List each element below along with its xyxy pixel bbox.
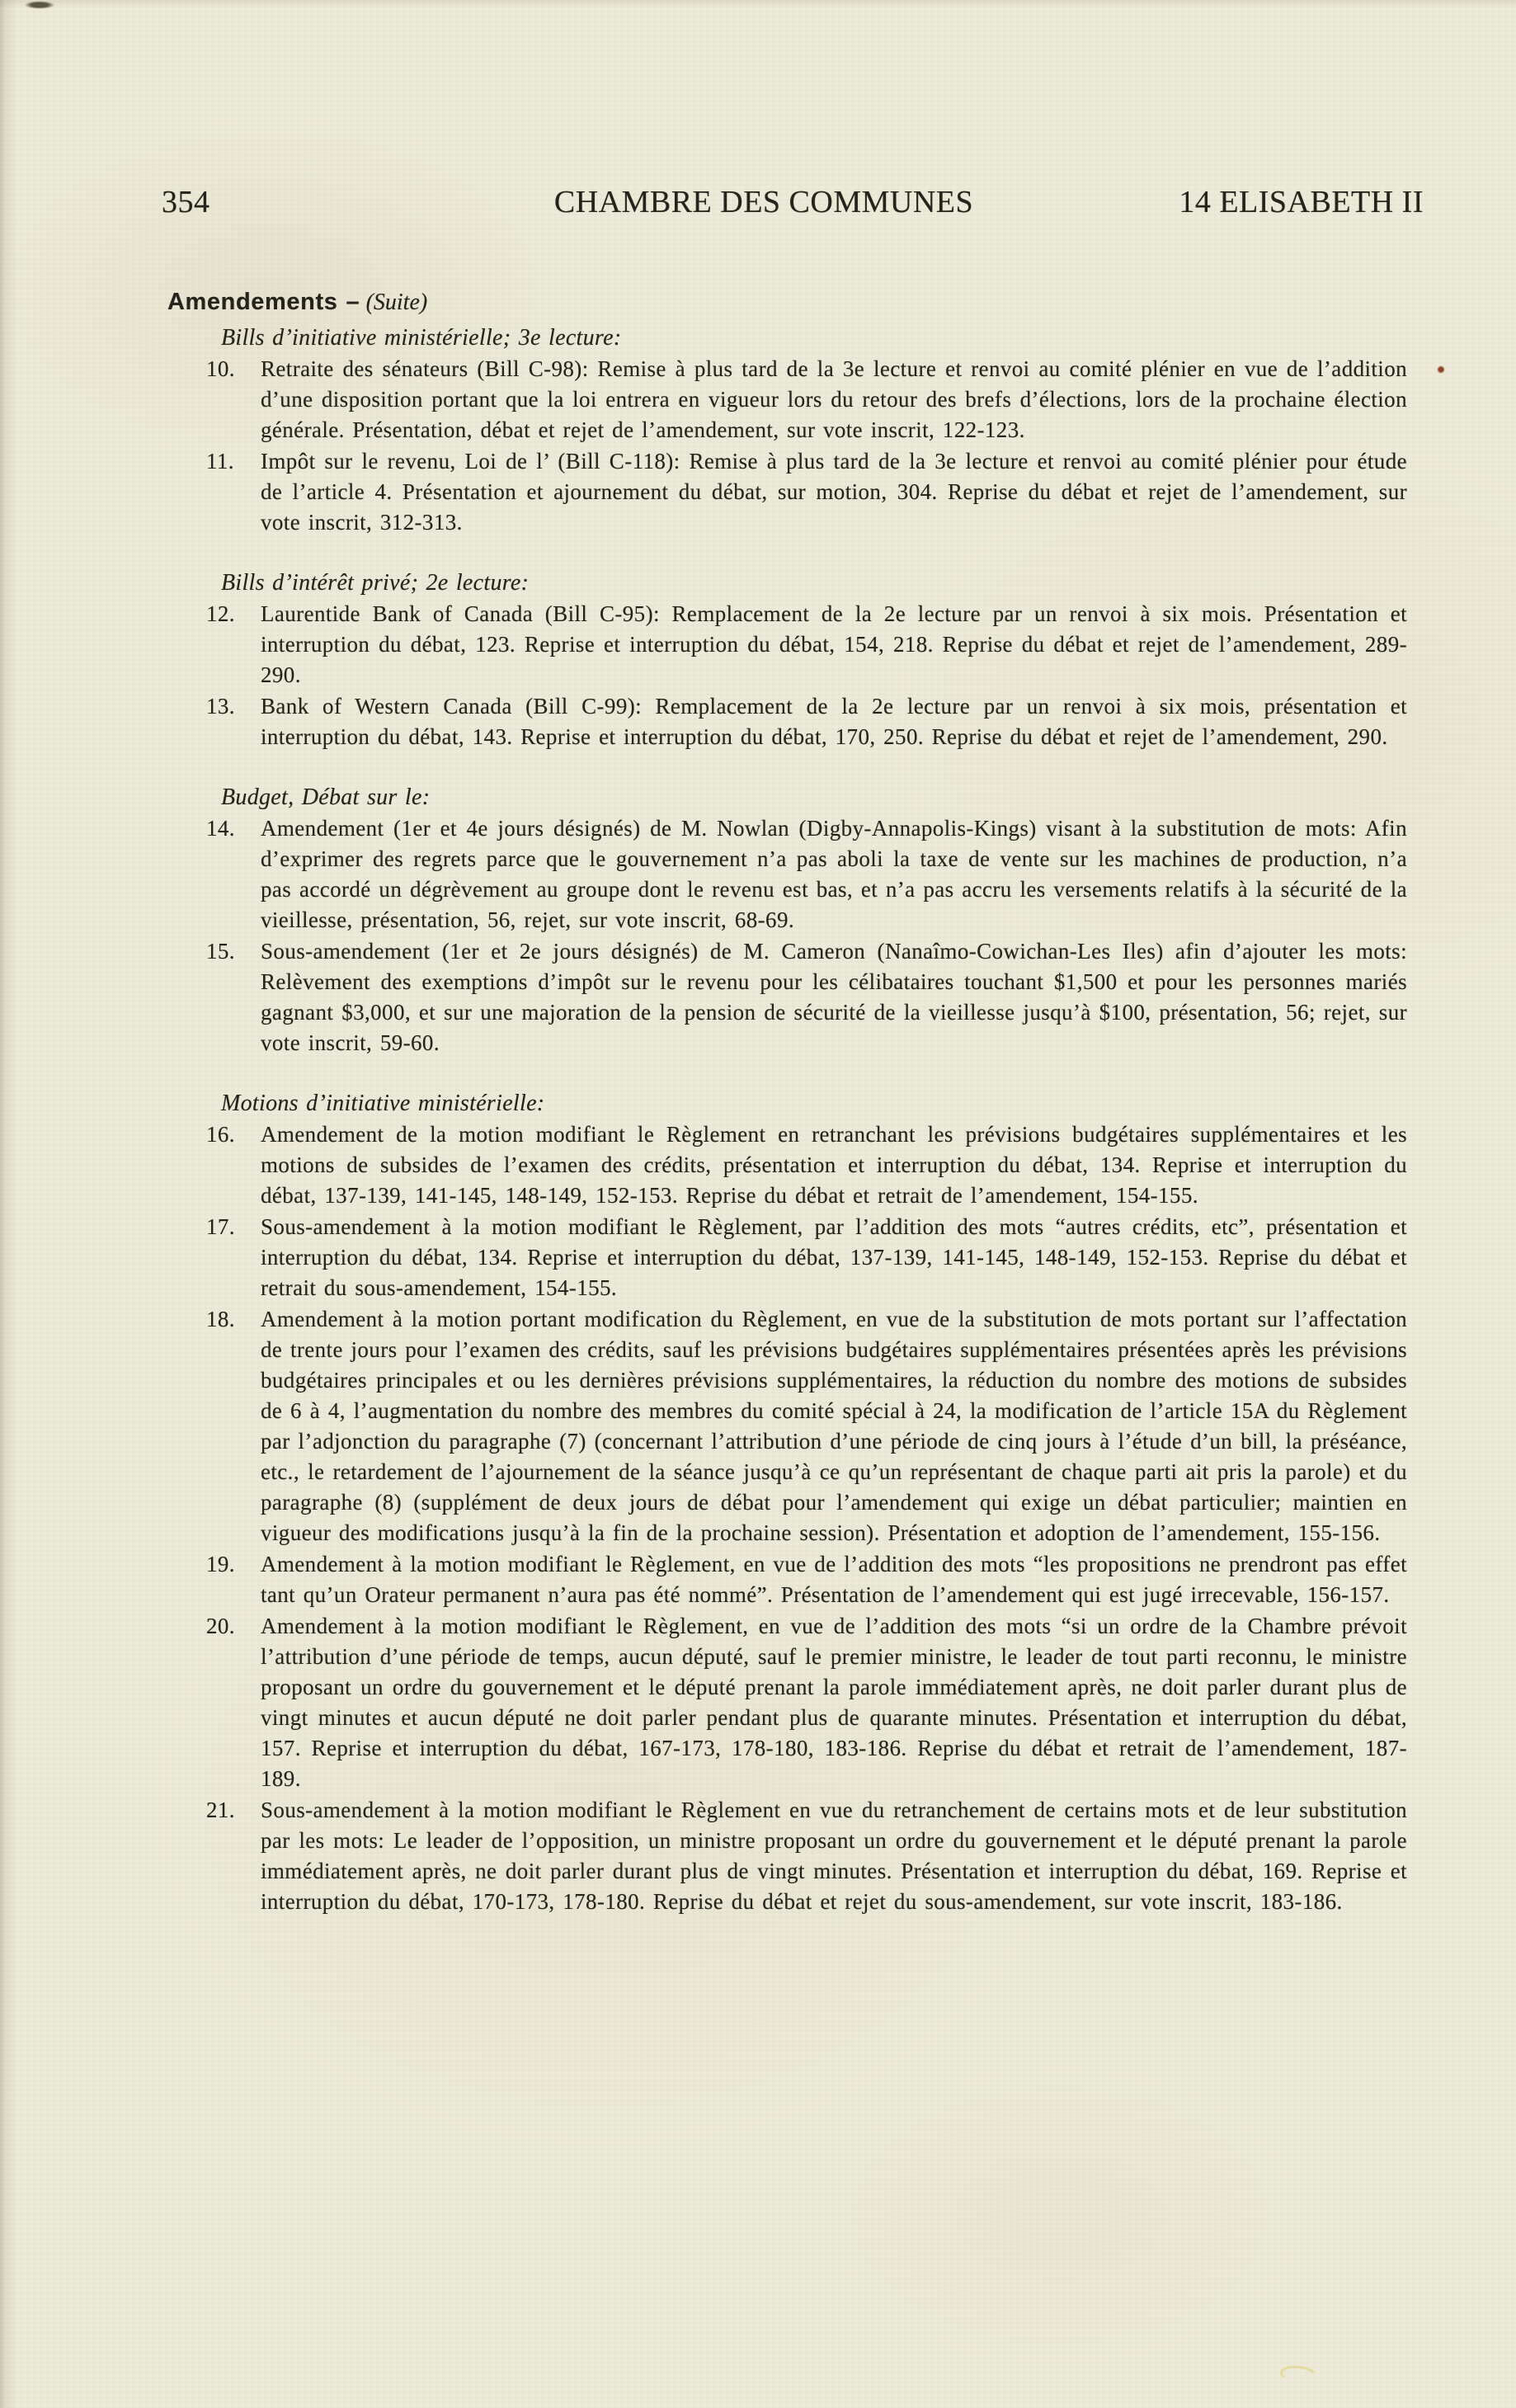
section-items: 10. Retraite des sénateurs (Bill C-98): … [167, 354, 1407, 538]
entry-number: 14. [206, 813, 261, 935]
index-sections: Bills d’initiative ministérielle; 3e lec… [167, 323, 1407, 1917]
entry-text: Amendement de la motion modifiant le Règ… [261, 1119, 1407, 1211]
section-items: 12. Laurentide Bank of Canada (Bill C-95… [167, 599, 1407, 752]
section-items: 14. Amendement (1er et 4e jours désignés… [167, 813, 1407, 1058]
entry-text: Sous-amendement à la motion modifiant le… [261, 1212, 1407, 1303]
index-title-line: Amendements–(Suite) [167, 284, 1407, 321]
entry-text: Amendement à la motion portant modificat… [261, 1304, 1407, 1548]
entry-number: 10. [206, 354, 261, 445]
entry-number: 13. [206, 691, 261, 752]
scanned-journal-page: 354 CHAMBRE DES COMMUNES 14 ELISABETH II… [0, 0, 1516, 2408]
index-entry: 14. Amendement (1er et 4e jours désignés… [167, 813, 1407, 935]
section-label: Budget, Débat sur le: [221, 782, 1407, 813]
index-entry: 17. Sous-amendement à la motion modifian… [167, 1212, 1407, 1303]
index-entry: 21. Sous-amendement à la motion modifian… [167, 1795, 1407, 1917]
section-label: Bills d’initiative ministérielle; 3e lec… [221, 323, 1407, 353]
index-content: Amendements–(Suite) Bills d’initiative m… [167, 284, 1407, 1917]
entry-number: 20. [206, 1611, 261, 1794]
index-section: Bills d’intérêt privé; 2e lecture: 12. L… [167, 568, 1407, 752]
entry-number: 17. [206, 1212, 261, 1303]
entry-number: 11. [206, 446, 261, 538]
index-section: Budget, Débat sur le: 14. Amendement (1e… [167, 782, 1407, 1058]
index-section: Motions d’initiative ministérielle: 16. … [167, 1088, 1407, 1917]
index-title: Amendements [167, 289, 337, 315]
entry-number: 15. [206, 936, 261, 1058]
header-regnal-year: 14 ELISABETH II [1151, 185, 1424, 219]
index-entry: 10. Retraite des sénateurs (Bill C-98): … [167, 354, 1407, 445]
entry-text: Sous-amendement (1er et 2e jours désigné… [261, 936, 1407, 1058]
entry-number: 12. [206, 599, 261, 690]
index-title-suffix: (Suite) [366, 290, 428, 315]
index-entry: 16. Amendement de la motion modifiant le… [167, 1119, 1407, 1211]
entry-number: 18. [206, 1304, 261, 1548]
section-label: Motions d’initiative ministérielle: [221, 1088, 1407, 1119]
index-entry: 15. Sous-amendement (1er et 2e jours dés… [167, 936, 1407, 1058]
entry-text: Amendement à la motion modifiant le Règl… [261, 1611, 1407, 1794]
index-entry: 20. Amendement à la motion modifiant le … [167, 1611, 1407, 1794]
index-section: Bills d’initiative ministérielle; 3e lec… [167, 323, 1407, 538]
entry-number: 21. [206, 1795, 261, 1917]
running-header: 354 CHAMBRE DES COMMUNES 14 ELISABETH II [162, 185, 1424, 219]
index-entry: 13. Bank of Western Canada (Bill C-99): … [167, 691, 1407, 752]
section-label: Bills d’intérêt privé; 2e lecture: [221, 568, 1407, 598]
entry-text: Amendement (1er et 4e jours désignés) de… [261, 813, 1407, 935]
entry-text: Sous-amendement à la motion modifiant le… [261, 1795, 1407, 1917]
index-entry: 12. Laurentide Bank of Canada (Bill C-95… [167, 599, 1407, 690]
section-items: 16. Amendement de la motion modifiant le… [167, 1119, 1407, 1917]
entry-text: Retraite des sénateurs (Bill C-98): Remi… [261, 354, 1407, 445]
entry-number: 19. [206, 1549, 261, 1610]
entry-text: Laurentide Bank of Canada (Bill C-95): R… [261, 599, 1407, 690]
entry-number: 16. [206, 1119, 261, 1211]
pen-mark [1279, 2363, 1320, 2387]
index-entry: 19. Amendement à la motion modifiant le … [167, 1549, 1407, 1610]
entry-text: Amendement à la motion modifiant le Règl… [261, 1549, 1407, 1610]
header-title: CHAMBRE DES COMMUNES [376, 185, 1151, 219]
entry-text: Impôt sur le revenu, Loi de l’ (Bill C-1… [261, 446, 1407, 538]
index-entry: 11. Impôt sur le revenu, Loi de l’ (Bill… [167, 446, 1407, 538]
entry-text: Bank of Western Canada (Bill C-99): Remp… [261, 691, 1407, 752]
index-entry: 18. Amendement à la motion portant modif… [167, 1304, 1407, 1548]
title-dash: – [337, 289, 365, 315]
page-number: 354 [162, 185, 376, 219]
